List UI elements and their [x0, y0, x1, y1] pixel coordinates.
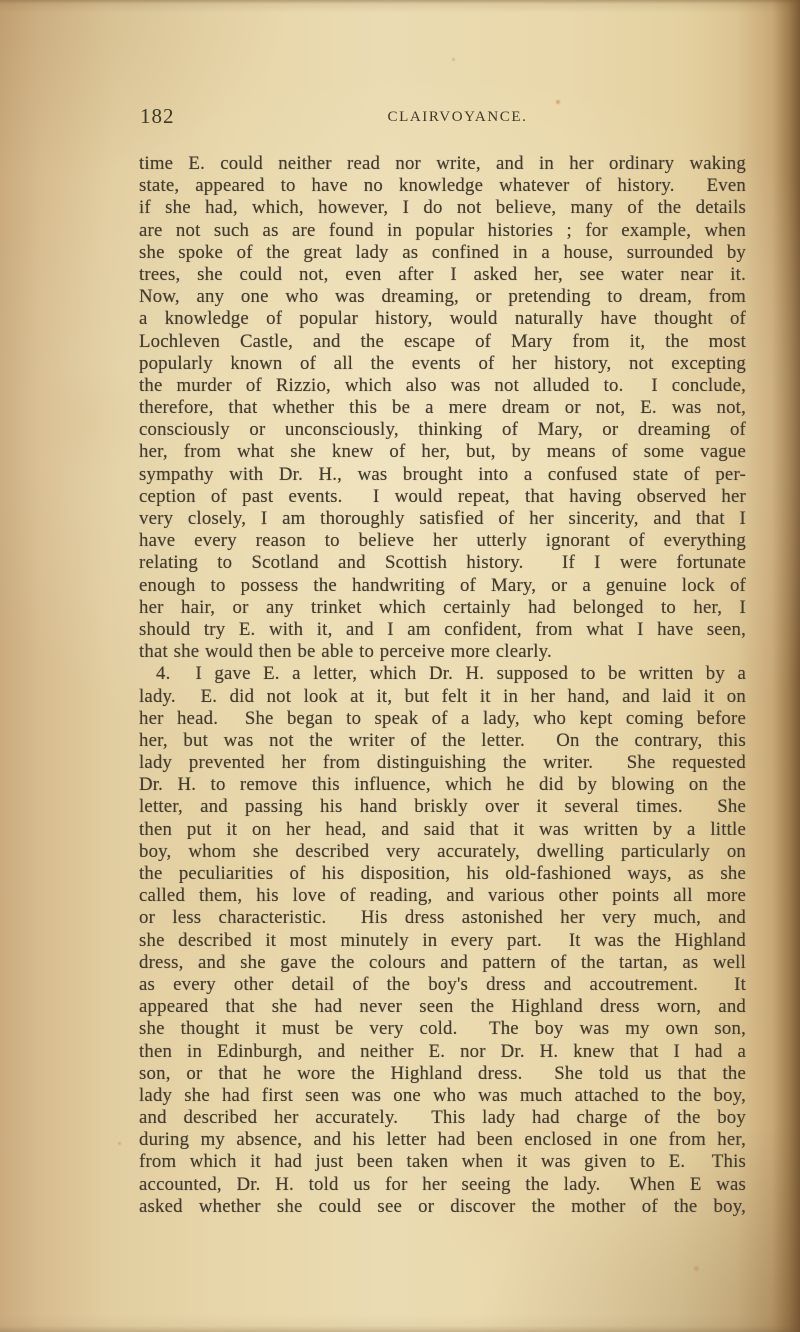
text-line: called them, his love of reading, and va…	[139, 885, 746, 907]
text-line: dress, and she gave the colours and patt…	[139, 952, 746, 974]
text-line: sympathy with Dr. H., was brought into a…	[139, 464, 746, 486]
text-line: therefore, that whether this be a mere d…	[139, 397, 746, 419]
text-line: her hair, or any trinket which certainly…	[139, 597, 746, 619]
text-line: then in Edinburgh, and neither E. nor Dr…	[139, 1041, 746, 1063]
text-line: she described it most minutely in every …	[139, 930, 746, 952]
text-line: that she would then be able to perceive …	[139, 641, 746, 663]
text-line: very closely, I am thoroughly satisfied …	[139, 508, 746, 530]
text-line: ception of past events. I would repeat, …	[139, 486, 746, 508]
text-line: time E. could neither read nor write, an…	[139, 153, 746, 175]
paragraph: 4. I gave E. a letter, which Dr. H. supp…	[139, 663, 746, 1218]
book-page-scan: 182 CLAIRVOYANCE. time E. could neither …	[0, 0, 800, 1332]
text-line: her, but was not the writer of the lette…	[139, 730, 746, 752]
text-line: state, appeared to have no knowledge wha…	[139, 175, 746, 197]
text-line: asked whether she could see or discover …	[139, 1196, 746, 1218]
foxing-speck	[118, 1142, 121, 1145]
text-line: Now, any one who was dreaming, or preten…	[139, 286, 746, 308]
text-line: during my absence, and his letter had be…	[139, 1129, 746, 1151]
foxing-speck	[694, 1266, 699, 1271]
text-line: Lochleven Castle, and the escape of Mary…	[139, 331, 746, 353]
text-line: her, from what she knew of her, but, by …	[139, 441, 746, 463]
text-line: lady prevented her from distinguishing t…	[139, 752, 746, 774]
text-line: then put it on her head, and said that i…	[139, 819, 746, 841]
text-line: lady. E. did not look at it, but felt it…	[139, 686, 746, 708]
text-line: relating to Scotland and Scottish histor…	[139, 552, 746, 574]
text-line: trees, she could not, even after I asked…	[139, 264, 746, 286]
text-line: she spoke of the great lady as confined …	[139, 242, 746, 264]
running-title: CLAIRVOYANCE.	[169, 109, 746, 126]
text-line: consciously or unconsciously, thinking o…	[139, 419, 746, 441]
text-line: her head. She began to speak of a lady, …	[139, 708, 746, 730]
text-line: accounted, Dr. H. told us for her seeing…	[139, 1174, 746, 1196]
text-line: the peculiarities of his disposition, hi…	[139, 863, 746, 885]
paragraph: time E. could neither read nor write, an…	[139, 153, 746, 663]
text-line: she thought it must be very cold. The bo…	[139, 1018, 746, 1040]
text-line: from which it had just been taken when i…	[139, 1151, 746, 1173]
page-header: 182 CLAIRVOYANCE.	[139, 103, 746, 129]
text-line: appeared that she had never seen the Hig…	[139, 996, 746, 1018]
text-line: boy, whom she described very accurately,…	[139, 841, 746, 863]
text-line: as every other detail of the boy's dress…	[139, 974, 746, 996]
text-line: 4. I gave E. a letter, which Dr. H. supp…	[139, 663, 746, 685]
text-line: Dr. H. to remove this influence, which h…	[139, 774, 746, 796]
text-line: or less characteristic. His dress astoni…	[139, 907, 746, 929]
text-line: son, or that he wore the Highland dress.…	[139, 1063, 746, 1085]
text-line: should try E. with it, and I am confiden…	[139, 619, 746, 641]
foxing-speck	[452, 58, 455, 61]
text-line: have every reason to believe her utterly…	[139, 530, 746, 552]
text-line: letter, and passing his hand briskly ove…	[139, 796, 746, 818]
text-line: the murder of Rizzio, which also was not…	[139, 375, 746, 397]
text-line: a knowledge of popular history, would na…	[139, 308, 746, 330]
body-text: time E. could neither read nor write, an…	[139, 153, 746, 1218]
text-line: lady she had first seen was one who was …	[139, 1085, 746, 1107]
text-line: enough to possess the handwriting of Mar…	[139, 575, 746, 597]
text-line: if she had, which, however, I do not bel…	[139, 197, 746, 219]
text-line: popularly known of all the events of her…	[139, 353, 746, 375]
text-line: and described her accurately. This lady …	[139, 1107, 746, 1129]
text-line: are not such as are found in popular his…	[139, 220, 746, 242]
